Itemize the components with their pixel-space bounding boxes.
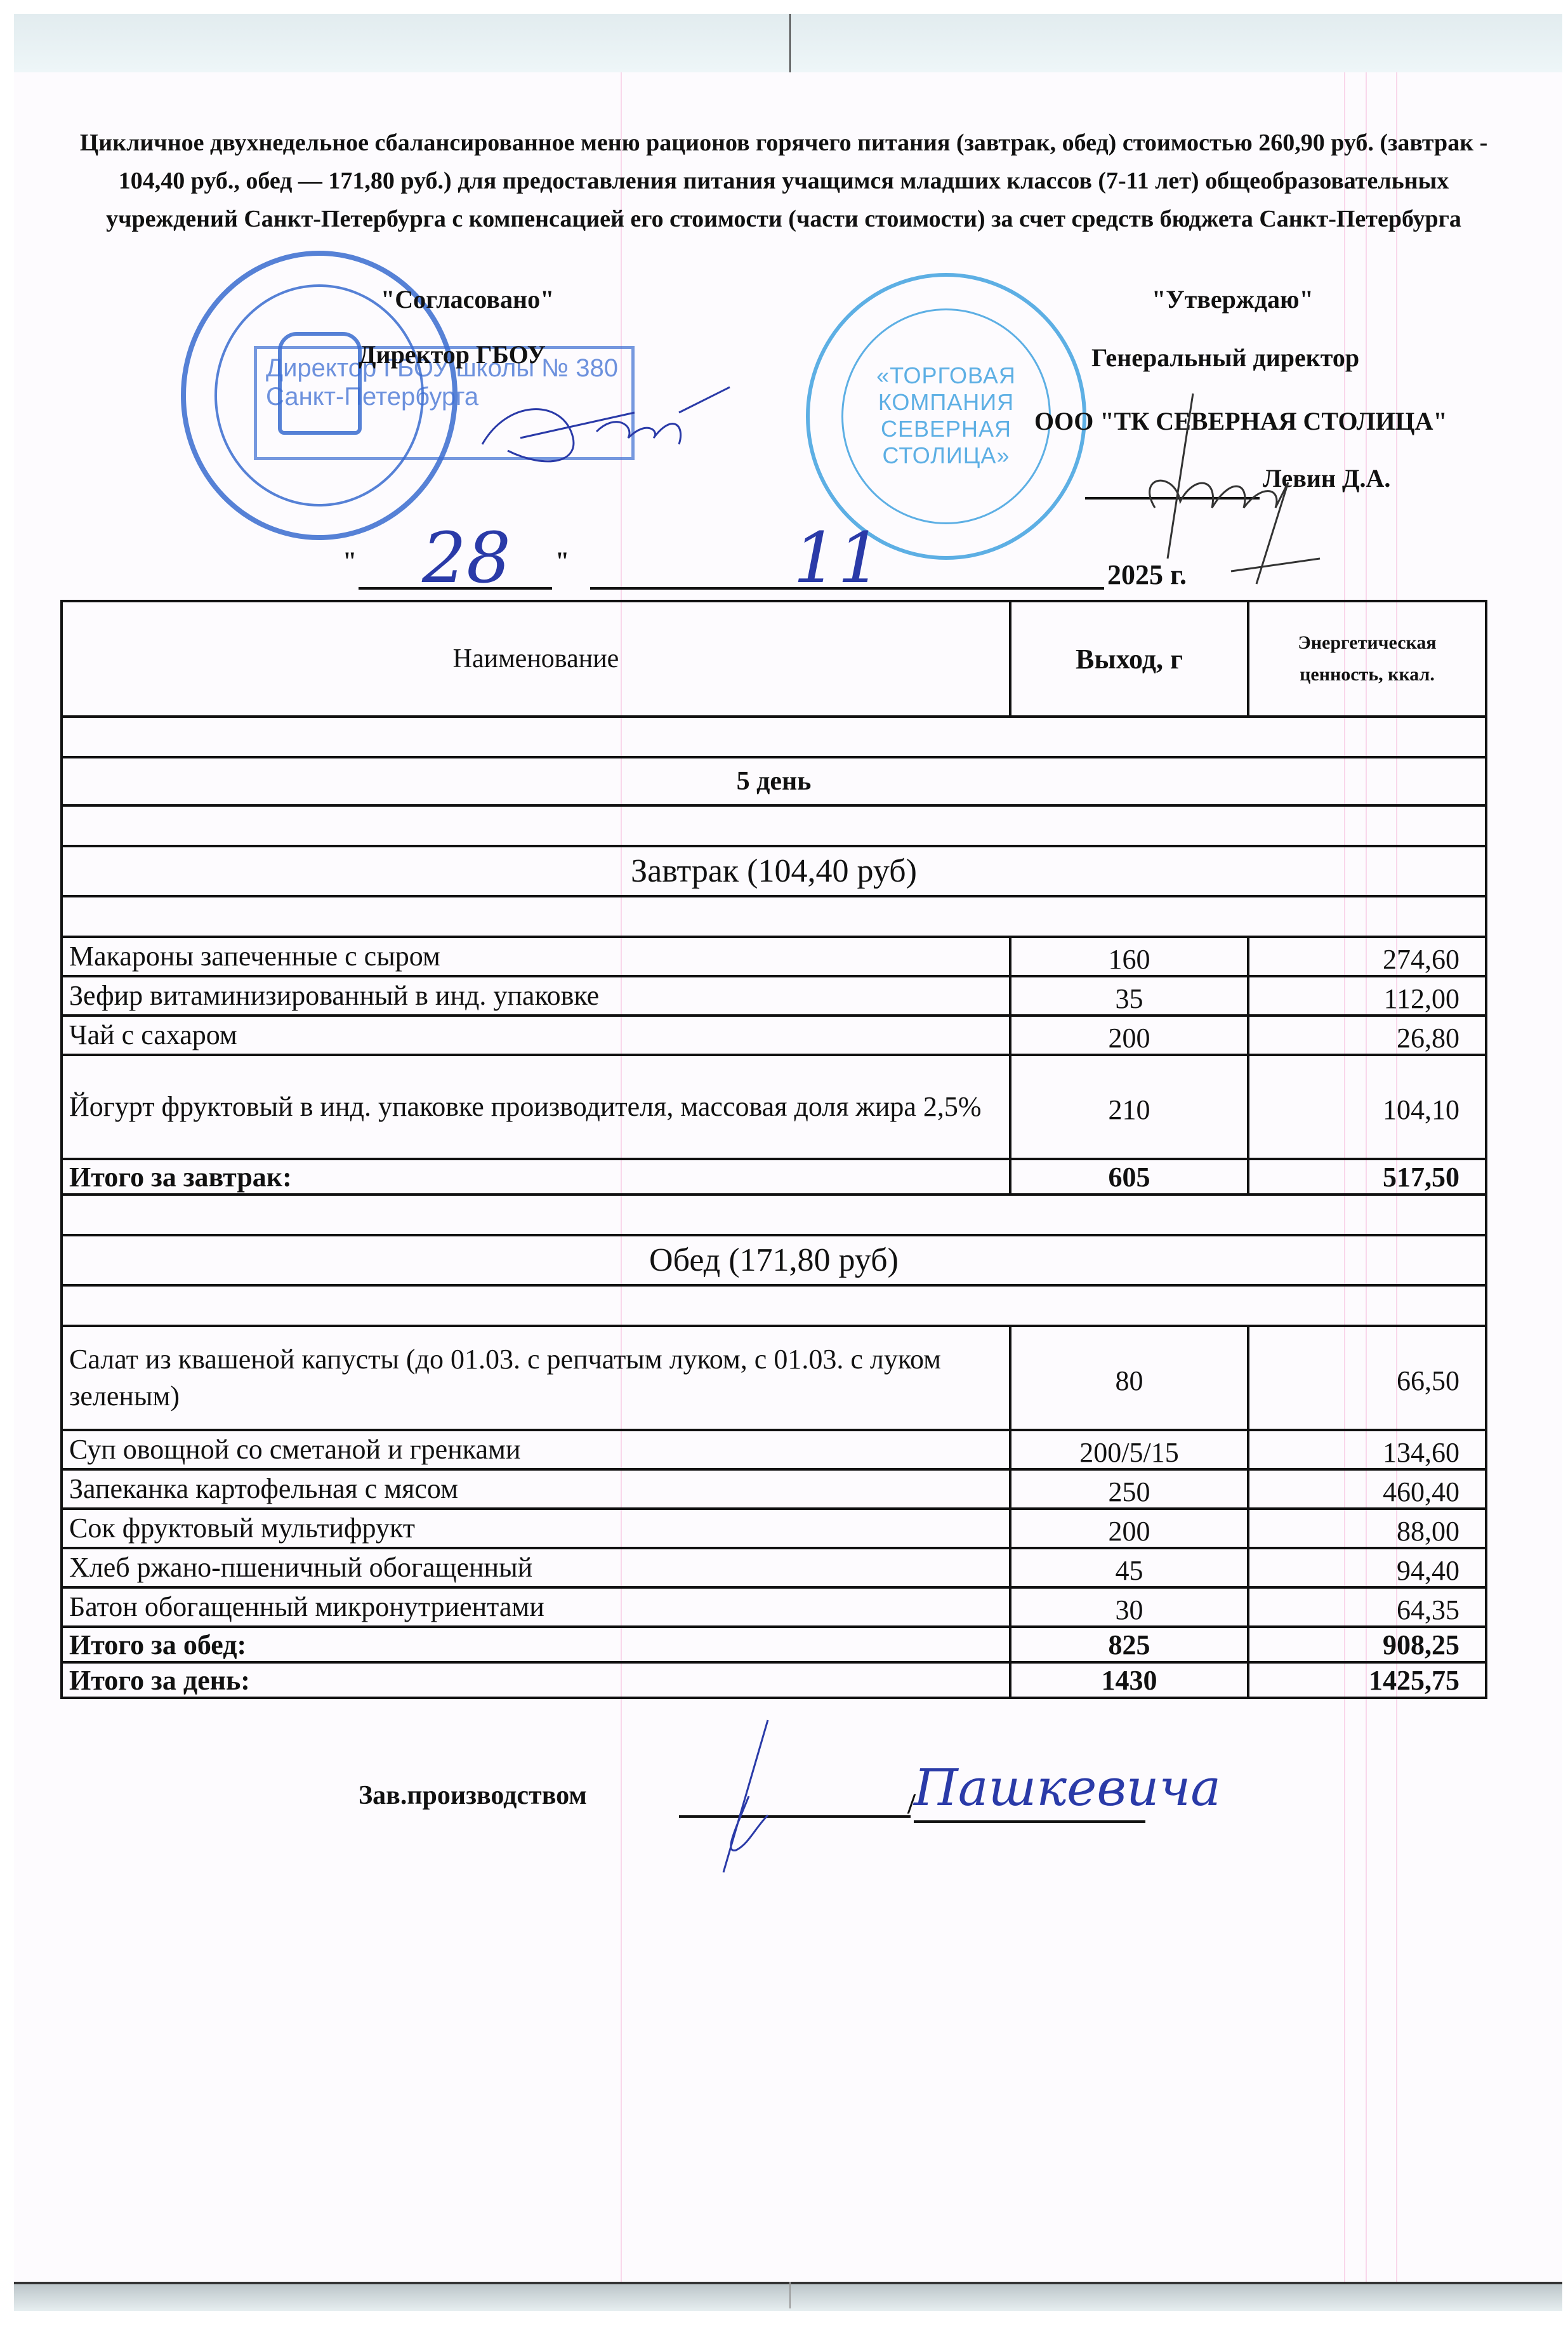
item-name: Сок фруктовый мультифрукт bbox=[62, 1509, 1010, 1548]
total-kcal: 908,25 bbox=[1248, 1627, 1486, 1662]
document-title: Цикличное двухнедельное сбалансированное… bbox=[76, 124, 1491, 238]
table-row: Салат из квашеной капусты (до 01.03. с р… bbox=[62, 1326, 1486, 1430]
item-name: Суп овощной со сметаной и гренками bbox=[62, 1430, 1010, 1469]
item-name: Салат из квашеной капусты (до 01.03. с р… bbox=[62, 1326, 1010, 1430]
production-head-signature bbox=[698, 1714, 888, 1879]
item-name: Хлеб ржано-пшеничный обогащенный bbox=[62, 1548, 1010, 1587]
spacer-row bbox=[62, 805, 1486, 846]
date-month: 11 bbox=[793, 517, 882, 599]
table-row: Батон обогащенный микронутриентами 30 64… bbox=[62, 1587, 1486, 1627]
spacer-row bbox=[62, 1195, 1486, 1235]
breakfast-total-row: Итого за завтрак: 605 517,50 bbox=[62, 1159, 1486, 1195]
total-label: Итого за день: bbox=[62, 1662, 1010, 1698]
item-yield: 200 bbox=[1010, 1016, 1248, 1055]
table-header-row: Наименование Выход, г Энергетическая цен… bbox=[62, 601, 1486, 717]
item-name: Чай с сахаром bbox=[62, 1016, 1010, 1055]
table-row: Запеканка картофельная с мясом 250 460,4… bbox=[62, 1469, 1486, 1509]
item-yield: 200 bbox=[1010, 1509, 1248, 1548]
date-close-quote: " bbox=[555, 546, 569, 576]
header-yield: Выход, г bbox=[1010, 601, 1248, 717]
item-kcal: 64,35 bbox=[1248, 1587, 1486, 1627]
header-name: Наименование bbox=[62, 601, 1010, 717]
item-yield: 200/5/15 bbox=[1010, 1430, 1248, 1469]
item-yield: 210 bbox=[1010, 1055, 1248, 1159]
item-name: Йогурт фруктовый в инд. упаковке произво… bbox=[62, 1055, 1010, 1159]
day-row: 5 день bbox=[62, 757, 1486, 805]
production-head-label: Зав.производством bbox=[359, 1780, 587, 1811]
breakfast-row: Завтрак (104,40 руб) bbox=[62, 846, 1486, 896]
date-day: 28 bbox=[422, 517, 511, 599]
lunch-total-row: Итого за обед: 825 908,25 bbox=[62, 1627, 1486, 1662]
item-kcal: 104,10 bbox=[1248, 1055, 1486, 1159]
item-name: Батон обогащенный микронутриентами bbox=[62, 1587, 1010, 1627]
table-row: Макароны запеченные с сыром 160 274,60 bbox=[62, 937, 1486, 976]
agreed-label: "Согласовано" bbox=[381, 284, 554, 314]
item-kcal: 134,60 bbox=[1248, 1430, 1486, 1469]
item-kcal: 88,00 bbox=[1248, 1509, 1486, 1548]
scanner-edge-bottom bbox=[14, 2282, 1562, 2311]
item-kcal: 112,00 bbox=[1248, 976, 1486, 1016]
director-signature bbox=[470, 374, 736, 470]
approve-role: Генеральный директор bbox=[1091, 343, 1359, 373]
scanner-edge-top bbox=[14, 14, 1562, 72]
spacer-row bbox=[62, 1285, 1486, 1326]
item-kcal: 66,50 bbox=[1248, 1326, 1486, 1430]
table-row: Сок фруктовый мультифрукт 200 88,00 bbox=[62, 1509, 1486, 1548]
item-kcal: 26,80 bbox=[1248, 1016, 1486, 1055]
total-yield: 825 bbox=[1010, 1627, 1248, 1662]
total-kcal: 517,50 bbox=[1248, 1159, 1486, 1195]
item-name: Запеканка картофельная с мясом bbox=[62, 1469, 1010, 1509]
table-row: Суп овощной со сметаной и гренками 200/5… bbox=[62, 1430, 1486, 1469]
breakfast-label: Завтрак (104,40 руб) bbox=[62, 846, 1486, 896]
spacer-row bbox=[62, 896, 1486, 937]
menu-table: Наименование Выход, г Энергетическая цен… bbox=[60, 600, 1487, 1699]
header-energy: Энергетическая ценность, ккал. bbox=[1248, 601, 1486, 717]
day-total-row: Итого за день: 1430 1425,75 bbox=[62, 1662, 1486, 1698]
item-name: Макароны запеченные с сыром bbox=[62, 937, 1010, 976]
date-day-line bbox=[359, 587, 552, 590]
date-year: 2025 г. bbox=[1107, 559, 1187, 591]
total-yield: 605 bbox=[1010, 1159, 1248, 1195]
item-yield: 160 bbox=[1010, 937, 1248, 976]
item-yield: 80 bbox=[1010, 1326, 1248, 1430]
date-month-line bbox=[590, 587, 1104, 590]
lunch-label: Обед (171,80 руб) bbox=[62, 1235, 1486, 1285]
signature-name-line bbox=[914, 1820, 1145, 1823]
item-yield: 45 bbox=[1010, 1548, 1248, 1587]
table-row: Хлеб ржано-пшеничный обогащенный 45 94,4… bbox=[62, 1548, 1486, 1587]
production-head-name-signature: Пашкевича bbox=[914, 1758, 1221, 1817]
item-kcal: 460,40 bbox=[1248, 1469, 1486, 1509]
item-kcal: 94,40 bbox=[1248, 1548, 1486, 1587]
total-label: Итого за завтрак: bbox=[62, 1159, 1010, 1195]
total-kcal: 1425,75 bbox=[1248, 1662, 1486, 1698]
date-open-quote: " bbox=[343, 546, 357, 576]
total-label: Итого за обед: bbox=[62, 1627, 1010, 1662]
table-row: Йогурт фруктовый в инд. упаковке произво… bbox=[62, 1055, 1486, 1159]
approve-label: "Утверждаю" bbox=[1152, 284, 1314, 314]
item-name: Зефир витаминизированный в инд. упаковке bbox=[62, 976, 1010, 1016]
item-yield: 250 bbox=[1010, 1469, 1248, 1509]
table-row: Чай с сахаром 200 26,80 bbox=[62, 1016, 1486, 1055]
item-yield: 30 bbox=[1010, 1587, 1248, 1627]
agreed-role: Директор ГБОУ bbox=[359, 340, 546, 369]
fold-line bbox=[789, 14, 791, 72]
day-label: 5 день bbox=[62, 757, 1486, 805]
fold-line bbox=[789, 2282, 791, 2308]
lunch-row: Обед (171,80 руб) bbox=[62, 1235, 1486, 1285]
item-yield: 35 bbox=[1010, 976, 1248, 1016]
spacer-row bbox=[62, 717, 1486, 757]
item-kcal: 274,60 bbox=[1248, 937, 1486, 976]
total-yield: 1430 bbox=[1010, 1662, 1248, 1698]
table-row: Зефир витаминизированный в инд. упаковке… bbox=[62, 976, 1486, 1016]
